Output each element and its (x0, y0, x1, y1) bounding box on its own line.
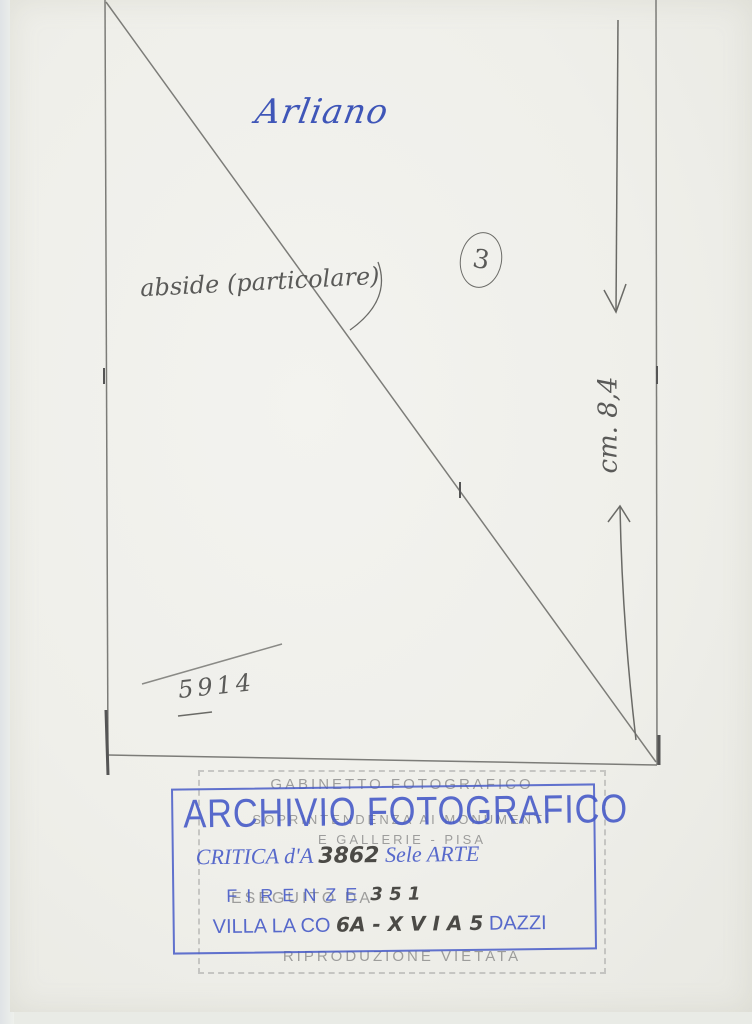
archive-line2-suffix: Sele ARTE (385, 841, 480, 867)
location-title: Arliano (252, 92, 391, 132)
archive-line4-prefix: VILLA LA CO (213, 915, 331, 938)
archive-line2-prefix: CRITICA d'A (196, 843, 313, 869)
archive-line4-handwritten: 6A - X V I A 5 (336, 911, 484, 937)
archive-line3-handwritten: 3 5 1 (370, 884, 420, 906)
archive-line4-suffix: DAZZI (489, 912, 547, 935)
blue-archive-stamp: ARCHIVIO FOTOGRAFICO CRITICA d'A 3862 Se… (171, 783, 597, 954)
archive-line4: VILLA LA CO 6A - X V I A 5 DAZZI (213, 910, 547, 939)
archive-city: F I R E N Z E (226, 884, 359, 906)
archive-title: ARCHIVIO FOTOGRAFICO (183, 787, 628, 837)
measurement-note: cm. 8,4 (594, 376, 624, 473)
archive-line3: F I R E N Z E 3 5 1 (226, 884, 420, 907)
archive-line2: CRITICA d'A 3862 Sele ARTE (196, 841, 480, 870)
archive-number: 3862 (318, 843, 380, 869)
